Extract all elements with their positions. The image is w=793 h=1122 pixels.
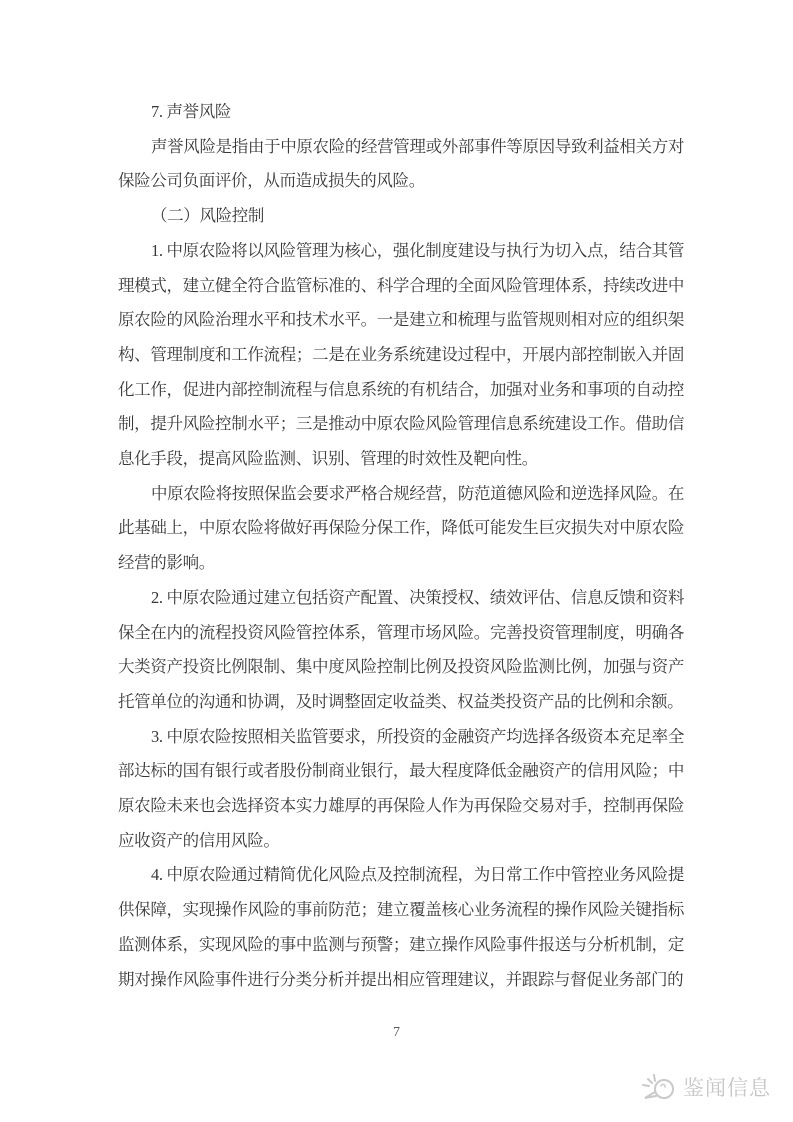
paragraph-risk-control-4: 4. 中原农险通过精简优化风险点及控制流程，为日常工作中管控业务风险提供保障，实… bbox=[118, 858, 684, 997]
jianwen-logo-icon bbox=[640, 1072, 678, 1102]
paragraph-risk-control-compliance: 中原农险将按照保监会要求严格合规经营，防范道德风险和逆选择风险。在此基础上，中原… bbox=[118, 477, 684, 581]
paragraph-risk-control-3: 3. 中原农险按照相关监管要求，所投资的金融资产均选择各级资本充足率全部达标的国… bbox=[118, 720, 684, 859]
paragraph-risk-control-2: 2. 中原农险通过建立包括资产配置、决策授权、绩效评估、信息反馈和资料保全在内的… bbox=[118, 581, 684, 720]
watermark-text: 鉴闻信息 bbox=[683, 1072, 771, 1102]
section-heading-risk-control: （二）风险控制 bbox=[118, 199, 684, 234]
watermark: 鉴闻信息 bbox=[640, 1072, 771, 1102]
page-number: 7 bbox=[0, 1025, 793, 1041]
document-page: 7. 声誉风险 声誉风险是指由于中原农险的经营管理或外部事件等原因导致利益相关方… bbox=[0, 0, 793, 1122]
paragraph-risk-control-1: 1. 中原农险将以风险管理为核心，强化制度建设与执行为切入点，结合其管理模式，建… bbox=[118, 234, 684, 477]
document-body: 7. 声誉风险 声誉风险是指由于中原农险的经营管理或外部事件等原因导致利益相关方… bbox=[118, 95, 684, 997]
section-heading-reputation-risk: 7. 声誉风险 bbox=[118, 95, 684, 130]
paragraph-reputation-risk-definition: 声誉风险是指由于中原农险的经营管理或外部事件等原因导致利益相关方对保险公司负面评… bbox=[118, 130, 684, 199]
